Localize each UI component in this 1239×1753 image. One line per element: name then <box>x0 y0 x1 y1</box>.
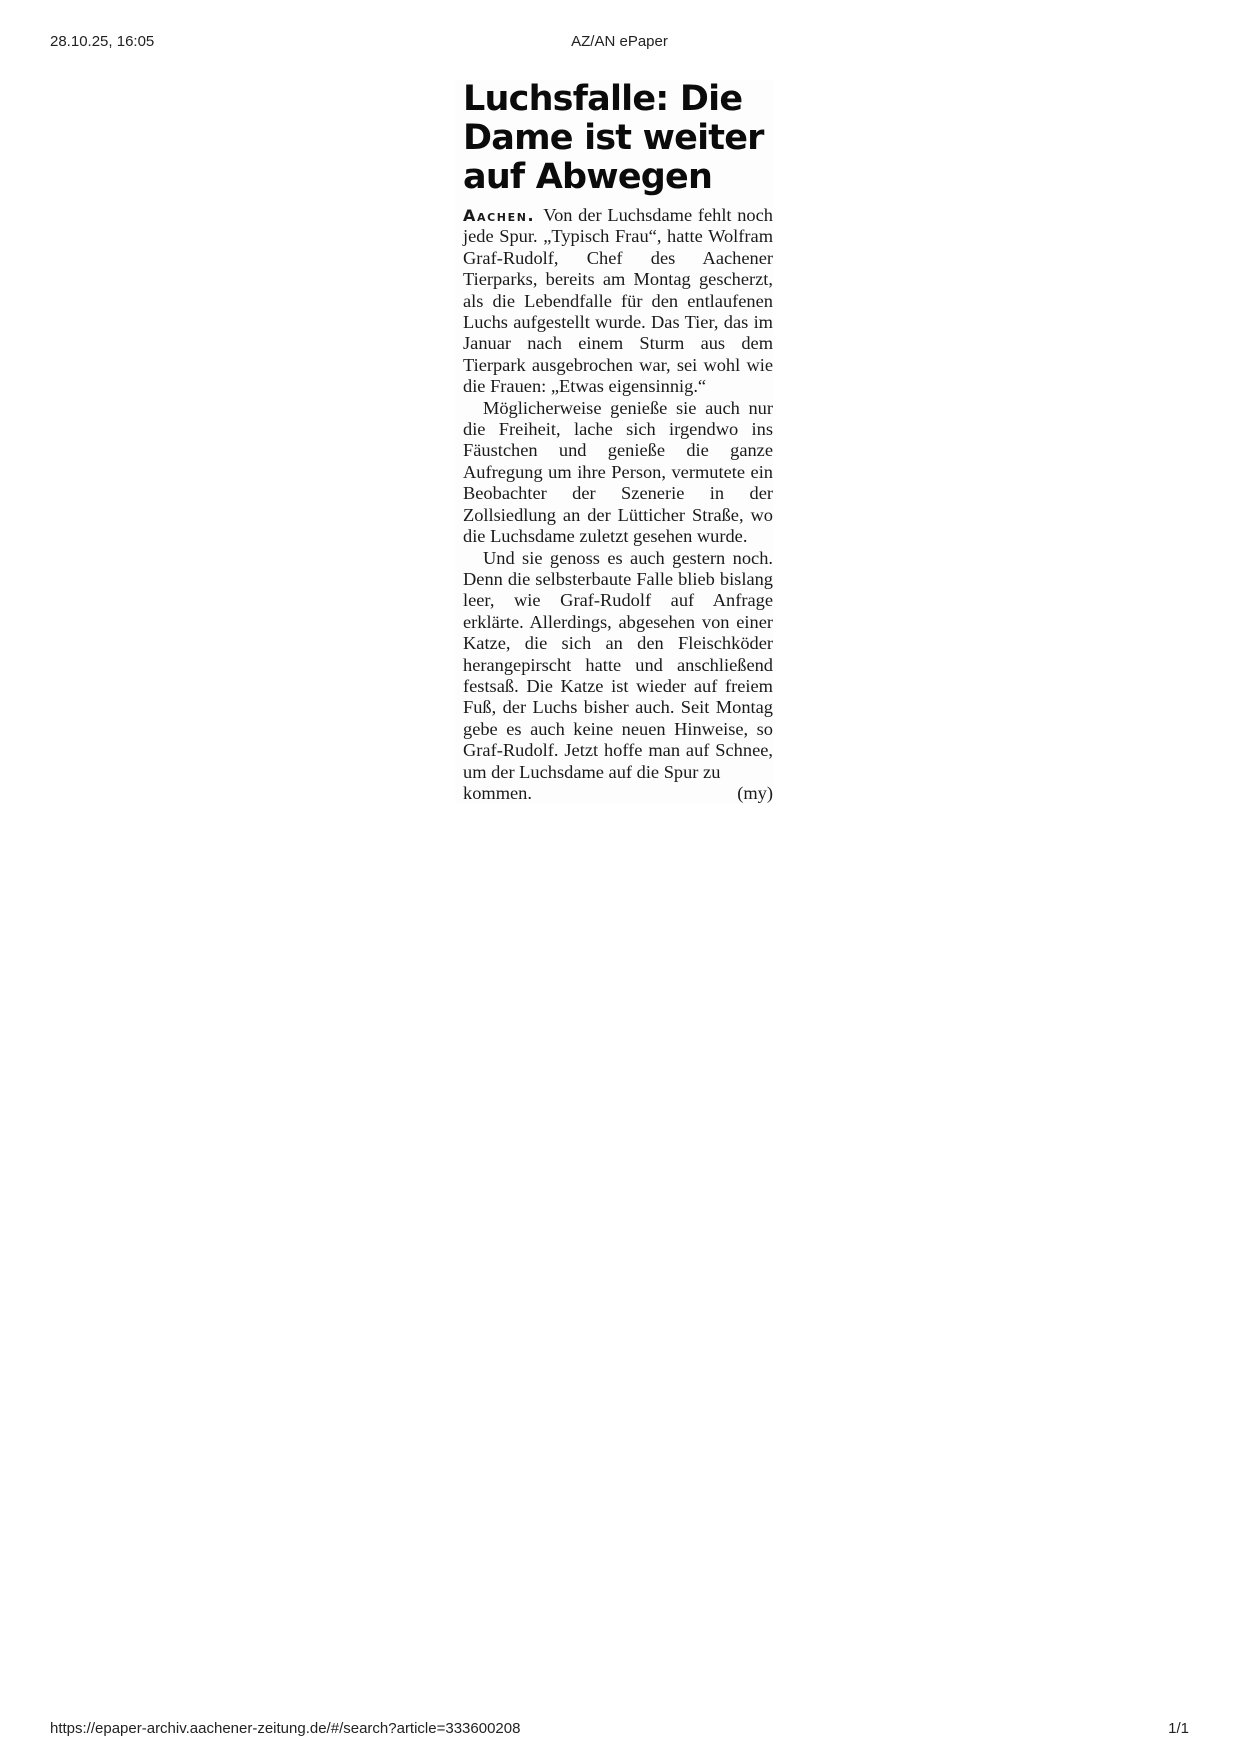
print-page-number: 1/1 <box>1168 1720 1189 1737</box>
article-closing-word: kommen. <box>463 783 532 804</box>
article-paragraph-1-text: Von der Luchsdame fehlt noch jede Spur. … <box>463 205 773 396</box>
article-paragraph-3: Und sie genoss es auch gestern noch. Den… <box>463 548 773 783</box>
article-dateline: Aachen. <box>463 206 535 225</box>
article-paragraph-1: Aachen.Von der Luchsdame fehlt noch jede… <box>463 205 773 398</box>
article-author-initials: (my) <box>737 783 773 804</box>
print-page-title: AZ/AN ePaper <box>0 33 1239 50</box>
print-footer: https://epaper-archiv.aachener-zeitung.d… <box>0 1720 1239 1740</box>
article-headline: Luchsfalle: Die Dame ist weiter auf Abwe… <box>463 80 773 197</box>
print-header: 28.10.25, 16:05 AZ/AN ePaper <box>0 33 1239 53</box>
article-clipping: Luchsfalle: Die Dame ist weiter auf Abwe… <box>455 80 773 804</box>
article-body: Aachen.Von der Luchsdame fehlt noch jede… <box>463 205 773 804</box>
article-paragraph-2: Möglicherweise genieße sie auch nur die … <box>463 398 773 548</box>
article-closing-line: kommen. (my) <box>463 783 773 804</box>
print-source-url: https://epaper-archiv.aachener-zeitung.d… <box>50 1720 520 1737</box>
